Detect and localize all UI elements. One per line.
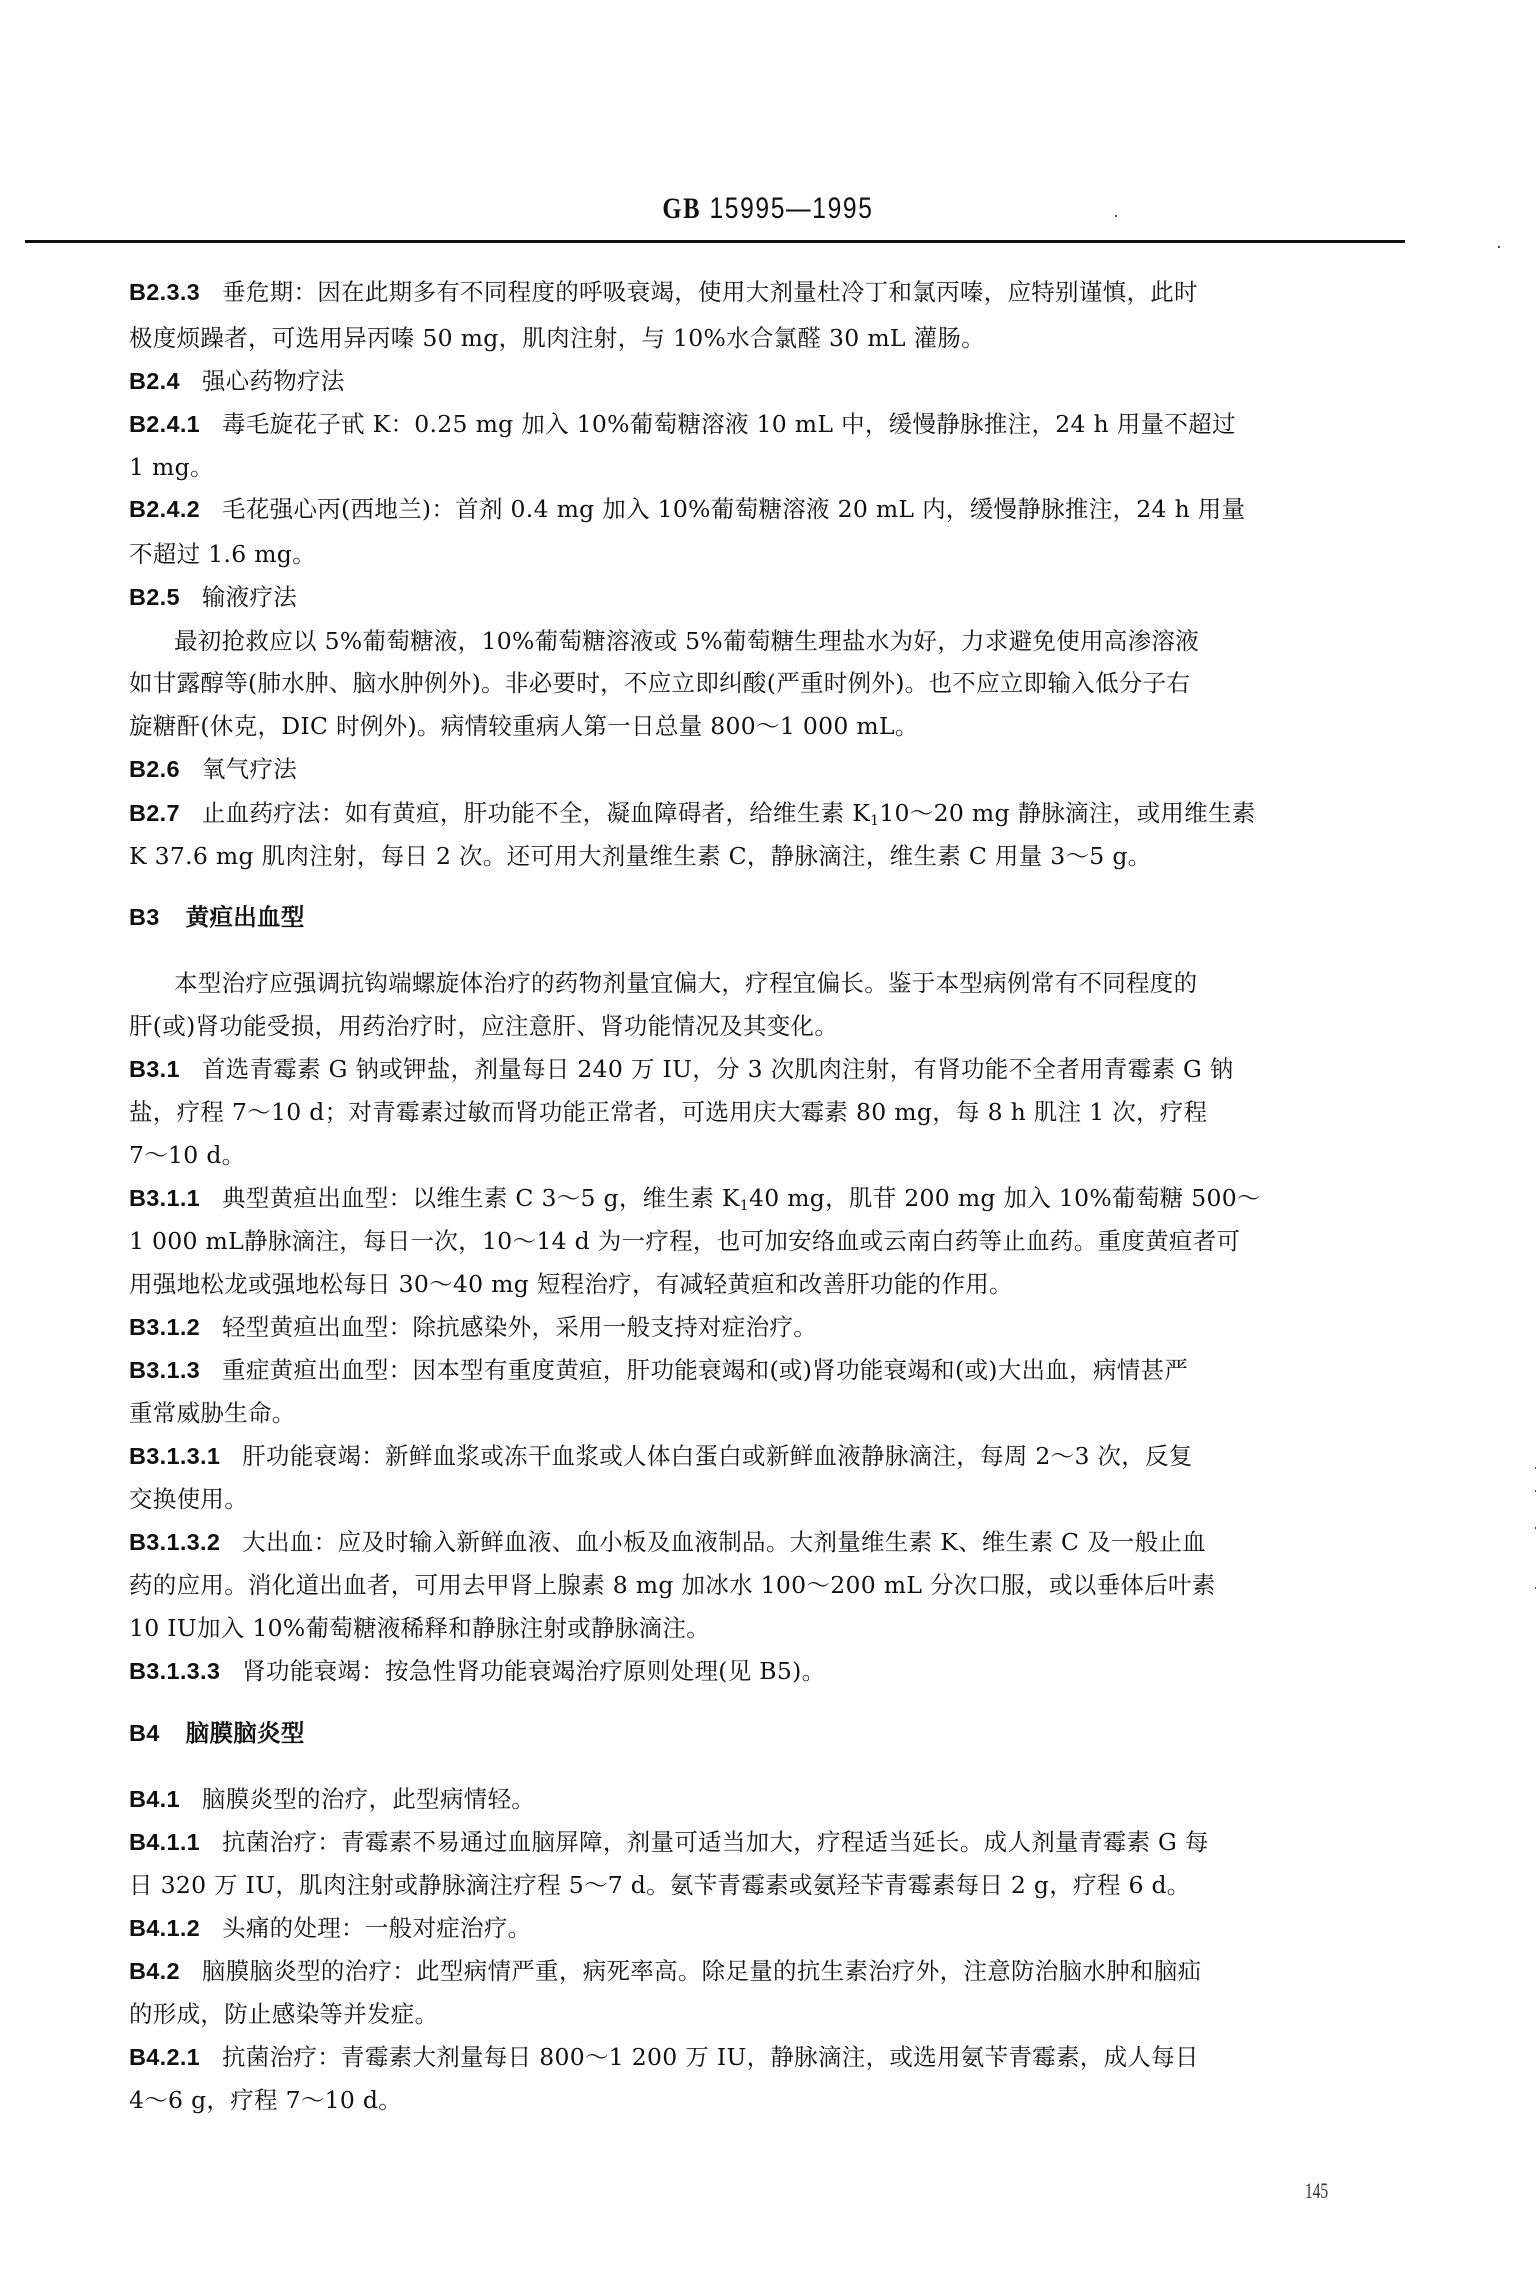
- clause-text: 极度烦躁者，可选用异丙嗪 50 mg，肌肉注射，与 10%水合氯醛 30 mL …: [129, 324, 985, 352]
- clause-b4-2-cont: 的形成，防止感染等并发症。: [129, 1997, 1369, 2031]
- clause-b3-1-2: B3.1.2轻型黄疸出血型：除抗感染外，采用一般支持对症治疗。: [129, 1310, 1369, 1344]
- section-heading-b3: B3黄疸出血型: [129, 900, 1369, 934]
- clause-text: K 37.6 mg 肌肉注射，每日 2 次。还可用大剂量维生素 C，静脉滴注，维…: [129, 842, 1151, 870]
- section-title: 脑膜脑炎型: [186, 1719, 305, 1747]
- clause-b4-1-1-cont: 日 320 万 IU，肌肉注射或静脉滴注疗程 5～7 d。氨苄青霉素或氨羟苄青霉…: [129, 1868, 1369, 1902]
- paragraph-text: 本型治疗应强调抗钩端螺旋体治疗的药物剂量宜偏大，疗程宜偏长。鉴于本型病例常有不同…: [174, 969, 1197, 997]
- clause-number: B2.4.2: [129, 492, 200, 526]
- clause-b4-2-1-cont: 4～6 g，疗程 7～10 d。: [129, 2083, 1369, 2117]
- clause-number: B2.4: [129, 364, 180, 398]
- paragraph-text: 肝(或)肾功能受损，用药治疗时，应注意肝、肾功能情况及其变化。: [129, 1012, 838, 1040]
- paragraph-text: 如甘露醇等(肺水肿、脑水肿例外)。非必要时，不应立即纠酸(严重时例外)。也不应立…: [129, 669, 1190, 697]
- clause-number: B2.4.1: [129, 407, 200, 441]
- clause-number: B3.1.3.1: [129, 1439, 220, 1473]
- paragraph-b3: 本型治疗应强调抗钩端螺旋体治疗的药物剂量宜偏大，疗程宜偏长。鉴于本型病例常有不同…: [174, 966, 1414, 1000]
- clause-b4-2-1: B4.2.1抗菌治疗：青霉素大剂量每日 800～1 200 万 IU，静脉滴注，…: [129, 2040, 1369, 2074]
- standard-number: 15995—1995: [709, 192, 873, 225]
- clause-number: B4.1.2: [129, 1911, 200, 1945]
- scan-speck: [1498, 246, 1500, 248]
- clause-b3-1-3-2-cont: 药的应用。消化道出血者，可用去甲肾上腺素 8 mg 加冰水 100～200 mL…: [129, 1568, 1369, 1602]
- clause-text: 肝功能衰竭：新鲜血浆或冻干血浆或人体白蛋白或新鲜血液静脉滴注，每周 2～3 次，…: [242, 1442, 1192, 1470]
- clause-b4-1-2: B4.1.2头痛的处理：一般对症治疗。: [129, 1911, 1369, 1945]
- page-number: 145: [1305, 2178, 1328, 2204]
- clause-b3-1-3-2-cont: 10 IU加入 10%葡萄糖液稀释和静脉注射或静脉滴注。: [129, 1611, 1369, 1645]
- clause-b2-5: B2.5输液疗法: [129, 580, 1369, 614]
- paragraph-text: 旋糖酐(休克，DIC 时例外)。病情较重病人第一日总量 800～1 000 mL…: [129, 712, 919, 740]
- clause-b2-3-3-cont: 极度烦躁者，可选用异丙嗪 50 mg，肌肉注射，与 10%水合氯醛 30 mL …: [129, 321, 1369, 355]
- clause-text: 强心药物疗法: [202, 367, 345, 395]
- clause-b2-4-1: B2.4.1毒毛旋花子甙 K：0.25 mg 加入 10%葡萄糖溶液 10 mL…: [129, 407, 1369, 441]
- clause-b3-1-1-cont: 1 000 mL静脉滴注，每日一次，10～14 d 为一疗程，也可加安络血或云南…: [129, 1224, 1369, 1258]
- clause-b3-1-3-3: B3.1.3.3肾功能衰竭：按急性肾功能衰竭治疗原则处理(见 B5)。: [129, 1654, 1369, 1688]
- section-number: B3: [129, 900, 160, 934]
- clause-b2-6: B2.6氧气疗法: [129, 752, 1369, 786]
- clause-b2-4-1-cont: 1 mg。: [129, 450, 1369, 484]
- clause-b3-1-3-1-cont: 交换使用。: [129, 1482, 1369, 1516]
- paragraph-b2-5-cont: 旋糖酐(休克，DIC 时例外)。病情较重病人第一日总量 800～1 000 mL…: [129, 709, 1369, 743]
- clause-text: 交换使用。: [129, 1485, 248, 1513]
- clause-b4-1-1: B4.1.1抗菌治疗：青霉素不易通过血脑屏障，剂量可适当加大，疗程适当延长。成人…: [129, 1825, 1369, 1859]
- clause-text: 日 320 万 IU，肌肉注射或静脉滴注疗程 5～7 d。氨苄青霉素或氨羟苄青霉…: [129, 1871, 1191, 1899]
- clause-text: 输液疗法: [202, 583, 297, 611]
- clause-b3-1-cont: 7～10 d。: [129, 1138, 1369, 1172]
- section-number: B4: [129, 1716, 160, 1750]
- clause-text: 脑膜炎型的治疗，此型病情轻。: [202, 1785, 535, 1813]
- clause-text: 重常威胁生命。: [129, 1399, 296, 1427]
- clause-b3-1-3-2: B3.1.3.2大出血：应及时输入新鲜血液、血小板及血液制品。大剂量维生素 K、…: [129, 1525, 1369, 1559]
- clause-number: B3.1.2: [129, 1310, 200, 1344]
- clause-number: B4.1: [129, 1782, 180, 1816]
- clause-text: 10～20 mg 静脉滴注，或用维生素: [879, 799, 1255, 827]
- clause-text: 脑膜脑炎型的治疗：此型病情严重，病死率高。除足量的抗生素治疗外，注意防治脑水肿和…: [202, 1957, 1202, 1985]
- clause-b3-1-3-cont: 重常威胁生命。: [129, 1396, 1369, 1430]
- clause-text: 不超过 1.6 mg。: [129, 540, 316, 568]
- clause-b2-4-2-cont: 不超过 1.6 mg。: [129, 537, 1369, 571]
- clause-text: 1 000 mL静脉滴注，每日一次，10～14 d 为一疗程，也可加安络血或云南…: [129, 1227, 1240, 1255]
- clause-text: 典型黄疸出血型：以维生素 C 3～5 g，维生素 K: [222, 1184, 740, 1212]
- clause-text: 药的应用。消化道出血者，可用去甲肾上腺素 8 mg 加冰水 100～200 mL…: [129, 1571, 1216, 1599]
- clause-text: 40 mg，肌苷 200 mg 加入 10%葡萄糖 500～: [749, 1184, 1261, 1212]
- paragraph-b2-5-cont: 如甘露醇等(肺水肿、脑水肿例外)。非必要时，不应立即纠酸(严重时例外)。也不应立…: [129, 666, 1369, 700]
- paragraph-b3-cont: 肝(或)肾功能受损，用药治疗时，应注意肝、肾功能情况及其变化。: [129, 1009, 1369, 1043]
- clause-number: B2.6: [129, 752, 180, 786]
- clause-number: B4.2.1: [129, 2040, 200, 2074]
- clause-text: 抗菌治疗：青霉素大剂量每日 800～1 200 万 IU，静脉滴注，或选用氨苄青…: [222, 2043, 1199, 2071]
- clause-text: 毛花强心丙(西地兰)：首剂 0.4 mg 加入 10%葡萄糖溶液 20 mL 内…: [222, 495, 1245, 523]
- clause-b2-4-2: B2.4.2毛花强心丙(西地兰)：首剂 0.4 mg 加入 10%葡萄糖溶液 2…: [129, 492, 1369, 526]
- clause-b2-7: B2.7止血药疗法：如有黄疸，肝功能不全，凝血障碍者，给维生素 K110～20 …: [129, 796, 1369, 838]
- clause-text: 盐，疗程 7～10 d；对青霉素过敏而肾功能正常者，可选用庆大霉素 80 mg，…: [129, 1098, 1207, 1126]
- clause-text: 肾功能衰竭：按急性肾功能衰竭治疗原则处理(见 B5)。: [242, 1657, 825, 1685]
- clause-number: B4.2: [129, 1954, 180, 1988]
- clause-number: B4.1.1: [129, 1825, 200, 1859]
- clause-text: 轻型黄疸出血型：除抗感染外，采用一般支持对症治疗。: [222, 1313, 817, 1341]
- section-title: 黄疸出血型: [186, 903, 305, 931]
- clause-text: 氧气疗法: [202, 755, 297, 783]
- clause-b3-1-1-cont: 用强地松龙或强地松每日 30～40 mg 短程治疗，有减轻黄疸和改善肝功能的作用…: [129, 1267, 1369, 1301]
- section-heading-b4: B4脑膜脑炎型: [129, 1716, 1369, 1750]
- clause-text: 毒毛旋花子甙 K：0.25 mg 加入 10%葡萄糖溶液 10 mL 中，缓慢静…: [222, 410, 1236, 438]
- document-page: GB15995—1995 B2.3.3垂危期：因在此期多有不同程度的呼吸衰竭，使…: [0, 0, 1536, 2285]
- clause-b4-2: B4.2脑膜脑炎型的治疗：此型病情严重，病死率高。除足量的抗生素治疗外，注意防治…: [129, 1954, 1369, 1988]
- clause-number: B3.1.3: [129, 1353, 200, 1387]
- clause-number: B3.1.3.2: [129, 1525, 220, 1559]
- clause-text: 抗菌治疗：青霉素不易通过血脑屏障，剂量可适当加大，疗程适当延长。成人剂量青霉素 …: [222, 1828, 1209, 1856]
- clause-b3-1-3: B3.1.3重症黄疸出血型：因本型有重度黄疸，肝功能衰竭和(或)肾功能衰竭和(或…: [129, 1353, 1369, 1387]
- scan-speck: [1115, 215, 1117, 217]
- clause-b2-4: B2.4强心药物疗法: [129, 364, 1369, 398]
- clause-number: B2.7: [129, 796, 180, 830]
- clause-b3-1-3-1: B3.1.3.1肝功能衰竭：新鲜血浆或冻干血浆或人体白蛋白或新鲜血液静脉滴注，每…: [129, 1439, 1369, 1473]
- subscript: 1: [870, 813, 879, 829]
- clause-b2-7-cont: K 37.6 mg 肌肉注射，每日 2 次。还可用大剂量维生素 C，静脉滴注，维…: [129, 839, 1369, 873]
- paragraph-b2-5: 最初抢救应以 5%葡萄糖液，10%葡萄糖溶液或 5%葡萄糖生理盐水为好，力求避免…: [174, 624, 1414, 658]
- clause-text: 垂危期：因在此期多有不同程度的呼吸衰竭，使用大剂量杜冷丁和氯丙嗪，应特别谨慎，此…: [222, 278, 1198, 306]
- clause-number: B3.1: [129, 1052, 180, 1086]
- clause-text: 止血药疗法：如有黄疸，肝功能不全，凝血障碍者，给维生素 K: [202, 799, 870, 827]
- paragraph-text: 最初抢救应以 5%葡萄糖液，10%葡萄糖溶液或 5%葡萄糖生理盐水为好，力求避免…: [174, 627, 1199, 655]
- clause-b3-1-cont: 盐，疗程 7～10 d；对青霉素过敏而肾功能正常者，可选用庆大霉素 80 mg，…: [129, 1095, 1369, 1129]
- standard-prefix: GB: [662, 192, 701, 225]
- clause-number: B3.1.1: [129, 1181, 200, 1215]
- clause-text: 用强地松龙或强地松每日 30～40 mg 短程治疗，有减轻黄疸和改善肝功能的作用…: [129, 1270, 1013, 1298]
- clause-b3-1-1: B3.1.1典型黄疸出血型：以维生素 C 3～5 g，维生素 K140 mg，肌…: [129, 1181, 1369, 1223]
- header-rule: [25, 240, 1405, 243]
- clause-text: 头痛的处理：一般对症治疗。: [222, 1914, 531, 1942]
- clause-number: B3.1.3.3: [129, 1654, 220, 1688]
- clause-number: B2.3.3: [129, 275, 200, 309]
- clause-text: 的形成，防止感染等并发症。: [129, 2000, 438, 2028]
- clause-text: 10 IU加入 10%葡萄糖液稀释和静脉注射或静脉滴注。: [129, 1614, 710, 1642]
- clause-text: 1 mg。: [129, 453, 214, 481]
- clause-b3-1: B3.1首选青霉素 G 钠或钾盐，剂量每日 240 万 IU，分 3 次肌肉注射…: [129, 1052, 1369, 1086]
- subscript: 1: [740, 1198, 749, 1214]
- clause-number: B2.5: [129, 580, 180, 614]
- clause-text: 7～10 d。: [129, 1141, 245, 1169]
- clause-b4-1: B4.1脑膜炎型的治疗，此型病情轻。: [129, 1782, 1369, 1816]
- clause-text: 4～6 g，疗程 7～10 d。: [129, 2086, 402, 2114]
- standard-number-header: GB15995—1995: [138, 192, 1398, 226]
- clause-b2-3-3: B2.3.3垂危期：因在此期多有不同程度的呼吸衰竭，使用大剂量杜冷丁和氯丙嗪，应…: [129, 275, 1369, 309]
- clause-text: 首选青霉素 G 钠或钾盐，剂量每日 240 万 IU，分 3 次肌肉注射，有肾功…: [202, 1055, 1234, 1083]
- clause-text: 重症黄疸出血型：因本型有重度黄疸，肝功能衰竭和(或)肾功能衰竭和(或)大出血，病…: [222, 1356, 1188, 1384]
- clause-text: 大出血：应及时输入新鲜血液、血小板及血液制品。大剂量维生素 K、维生素 C 及一…: [242, 1528, 1206, 1556]
